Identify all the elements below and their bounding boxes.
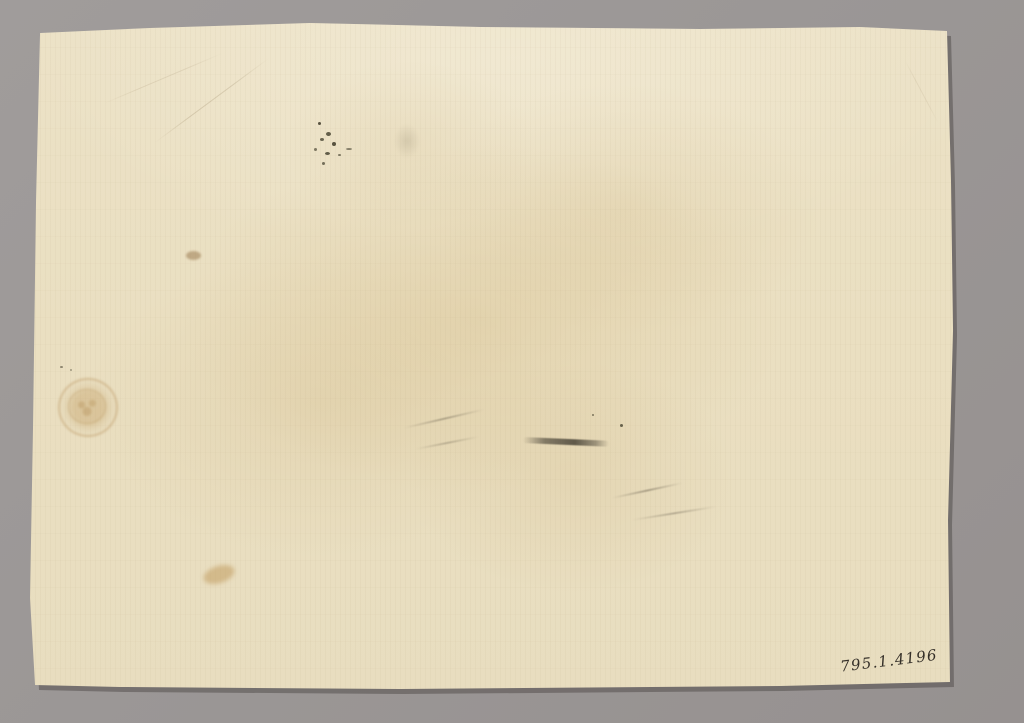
stain-spot	[186, 251, 201, 260]
graphite-smudge	[523, 437, 609, 447]
ink-speck	[592, 414, 594, 416]
photograph: 795.1.4196	[0, 0, 1024, 723]
ink-speck	[60, 366, 63, 368]
collector-stamp-inner-ring	[68, 389, 106, 424]
crease-line	[155, 58, 269, 143]
ink-speck	[70, 369, 72, 371]
graphite-scratch	[404, 409, 484, 429]
ink-speck	[620, 424, 623, 427]
graphite-scratch	[416, 436, 479, 450]
paper-sheet-verso: 795.1.4196	[0, 0, 1024, 723]
collector-stamp	[58, 378, 118, 437]
crease-line	[104, 53, 222, 104]
inventory-number-inscription: 795.1.4196	[839, 644, 950, 675]
faint-smudge	[394, 124, 420, 158]
stain-blob	[201, 561, 237, 587]
crease-line	[905, 60, 939, 122]
ink-speck-cluster	[312, 118, 358, 170]
graphite-scratch	[632, 506, 717, 521]
graphite-scratch	[612, 482, 683, 499]
